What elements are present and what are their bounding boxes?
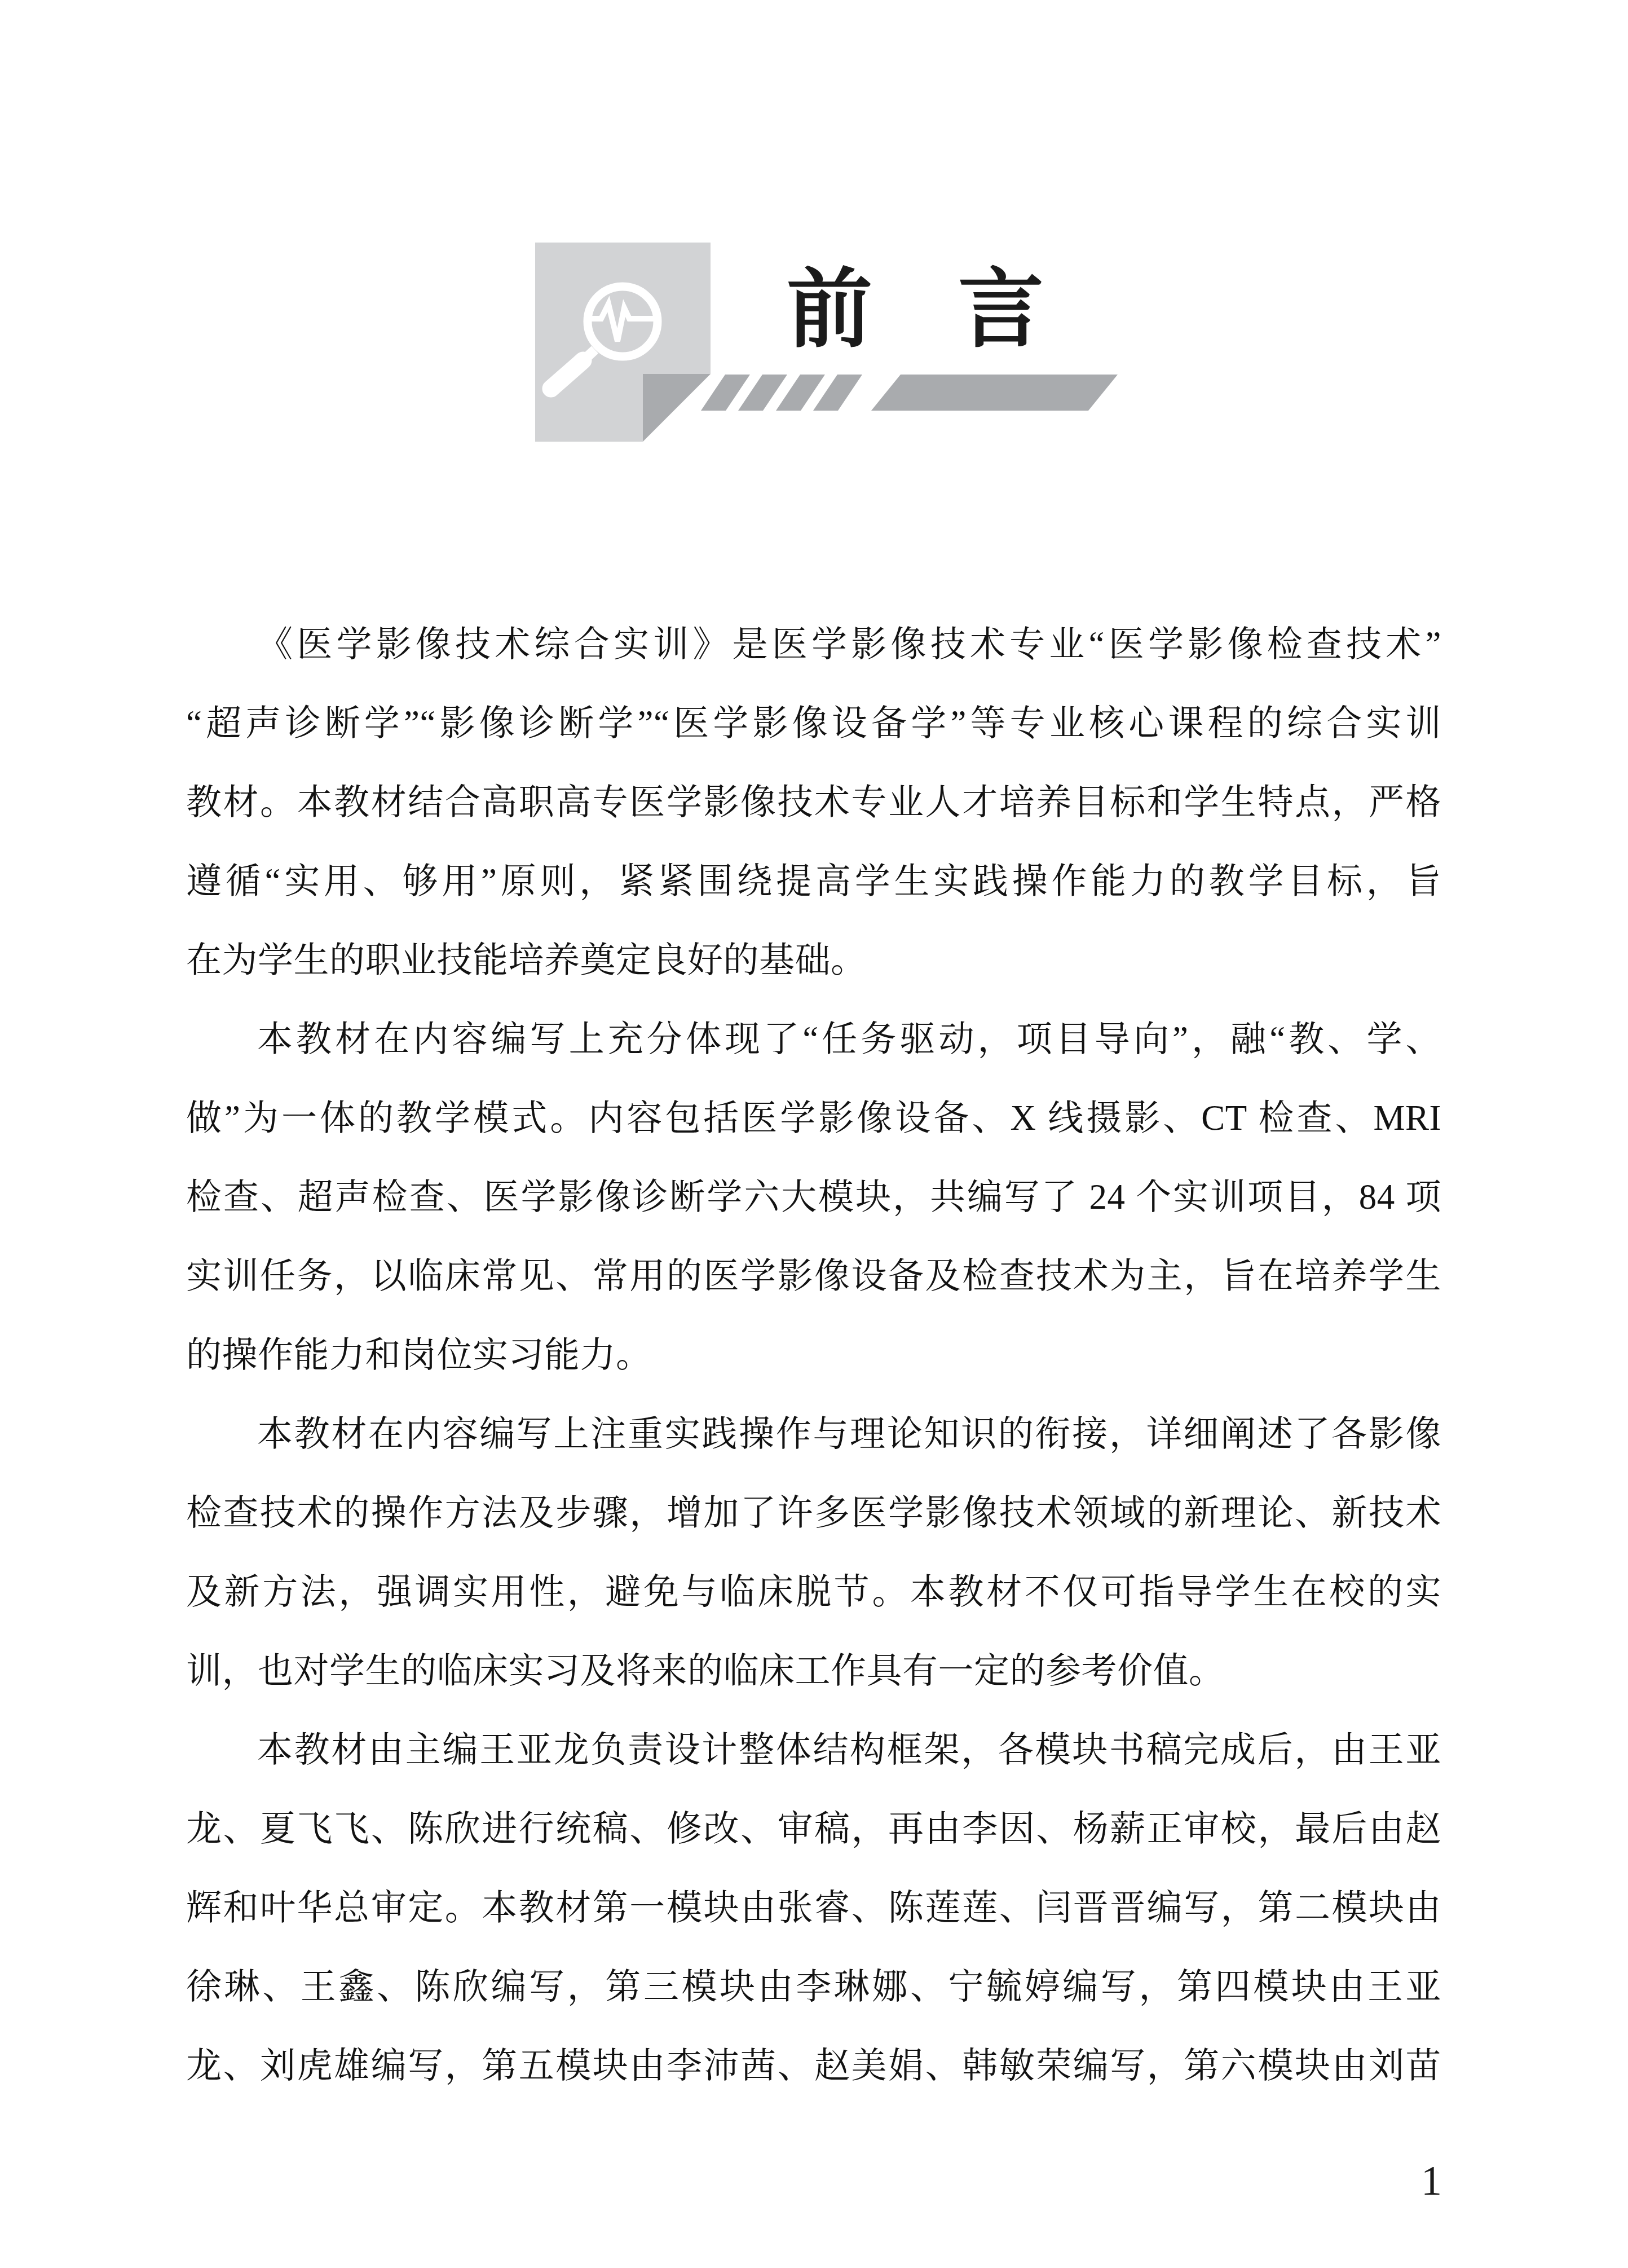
preface-line: 辉和叶华总审定。本教材第一模块由张睿、陈莲莲、闫晋晋编写，第二模块由: [186, 1868, 1441, 1947]
preface-line: 做”为一体的教学模式。内容包括医学影像设备、X 线摄影、CT 检查、MRI: [186, 1078, 1441, 1157]
preface-line: 本教材在内容编写上注重实践操作与理论知识的衔接，详细阐述了各影像: [186, 1394, 1441, 1473]
banner-fold-shadow: [643, 374, 711, 442]
preface-line: 徐琳、王鑫、陈欣编写，第三模块由李琳娜、宁毓婷编写，第四模块由王亚: [186, 1947, 1441, 2026]
preface-line: 的操作能力和岗位实习能力。: [186, 1315, 1441, 1394]
preface-line: 在为学生的职业技能培养奠定良好的基础。: [186, 921, 1441, 999]
preface-line: 实训任务，以临床常见、常用的医学影像设备及检查技术为主，旨在培养学生: [186, 1236, 1441, 1315]
preface-line: 教材。本教材结合高职高专医学影像技术专业人才培养目标和学生特点，严格: [186, 763, 1441, 842]
preface-page: 前 言 《医学影像技术综合实训》是医学影像技术专业“医学影像检查技术” “超声诊…: [0, 0, 1628, 2268]
preface-line: 检查、超声检查、医学影像诊断学六大模块，共编写了 24 个实训项目，84 项: [186, 1157, 1441, 1236]
preface-line: 龙、夏飞飞、陈欣进行统稿、修改、审稿，再由李因、杨薪正审校，最后由赵: [186, 1789, 1441, 1868]
page-title: 前 言: [787, 265, 1125, 355]
preface-text: 《医学影像技术综合实训》是医学影像技术专业“医学影像检查技术” “超声诊断学”“…: [186, 605, 1441, 2105]
preface-line: 训，也对学生的临床实习及将来的临床工作具有一定的参考价值。: [186, 1631, 1441, 1710]
preface-line: 《医学影像技术综合实训》是医学影像技术专业“医学影像检查技术”: [186, 605, 1441, 684]
preface-line: 检查技术的操作方法及步骤，增加了许多医学影像技术领域的新理论、新技术: [186, 1473, 1441, 1552]
preface-line: 本教材在内容编写上充分体现了“任务驱动，项目导向”，融“教、学、: [186, 999, 1441, 1078]
preface-line: “超声诊断学”“影像诊断学”“医学影像设备学”等专业核心课程的综合实训: [186, 684, 1441, 763]
page-number: 1: [1421, 2156, 1442, 2207]
banner-box: [535, 243, 711, 442]
preface-line: 及新方法，强调实用性，避免与临床脱节。本教材不仅可指导学生在校的实: [186, 1552, 1441, 1631]
preface-line: 遵循“实用、够用”原则，紧紧围绕提高学生实践操作能力的教学目标，旨: [186, 842, 1441, 921]
banner-bar: [871, 375, 1118, 411]
preface-line: 龙、刘虎雄编写，第五模块由李沛茜、赵美娟、韩敏荣编写，第六模块由刘苗: [186, 2026, 1441, 2105]
preface-line: 本教材由主编王亚龙负责设计整体结构框架，各模块书稿完成后，由王亚: [186, 1710, 1441, 1789]
